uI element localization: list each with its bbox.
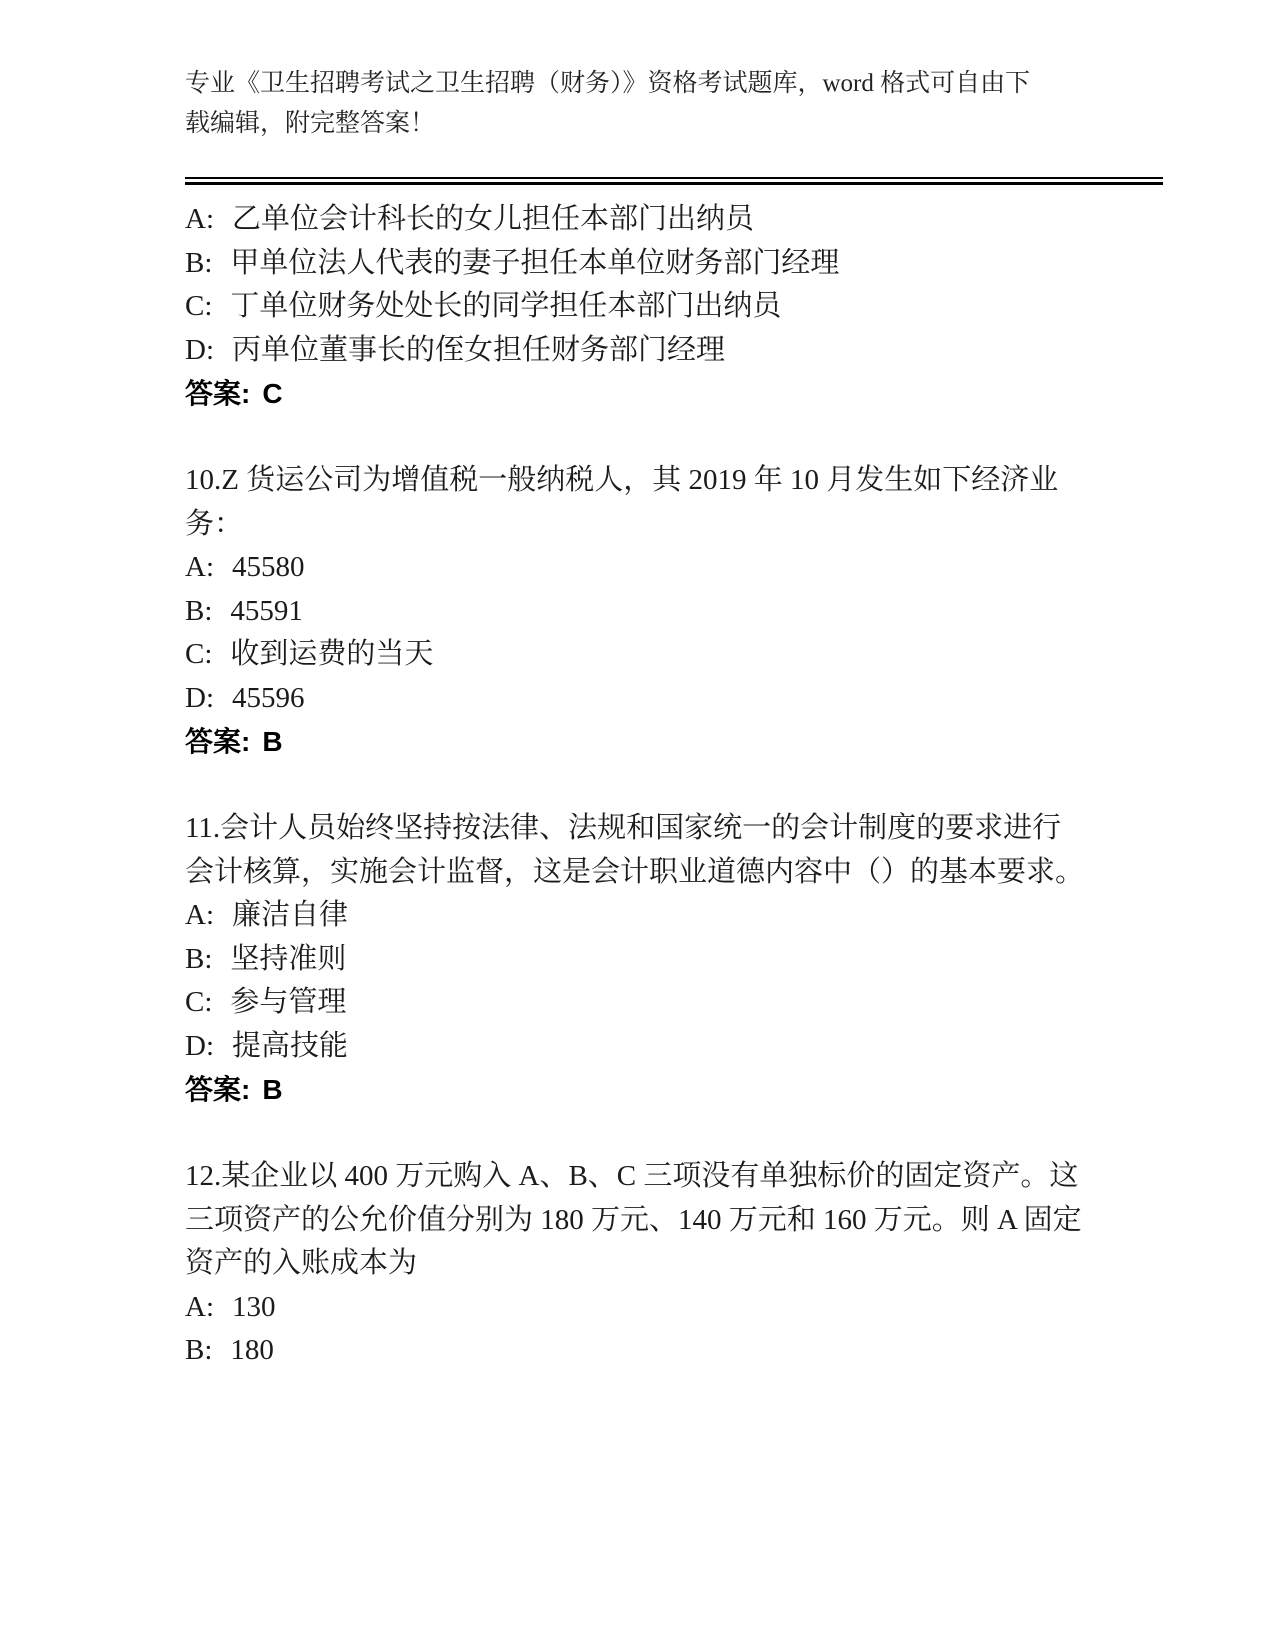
document-page: 专业《卫生招聘考试之卫生招聘（财务）》资格考试题库，word 格式可自由下载编辑…: [0, 0, 1275, 1650]
header-note: 专业《卫生招聘考试之卫生招聘（财务）》资格考试题库，word 格式可自由下载编辑…: [185, 64, 1045, 144]
option-a: A:乙单位会计科长的女儿担任本部门出纳员: [185, 198, 1163, 242]
option-c: C:参与管理: [185, 981, 1163, 1025]
option-label: A:: [185, 899, 214, 931]
option-text: 130: [232, 1291, 276, 1323]
question-text: 10.Z 货运公司为增值税一般纳税人，其 2019 年 10 月发生如下经济业务…: [185, 459, 1090, 546]
question-block-9-options: A:乙单位会计科长的女儿担任本部门出纳员 B:甲单位法人代表的妻子担任本单位财务…: [185, 198, 1163, 416]
option-b: B:甲单位法人代表的妻子担任本单位财务部门经理: [185, 242, 1163, 286]
option-text: 45591: [230, 595, 303, 627]
option-a: A:廉洁自律: [185, 894, 1163, 938]
option-label: B:: [185, 595, 212, 627]
option-text: 丙单位董事长的侄女担任财务部门经理: [232, 334, 725, 366]
option-b: B:180: [185, 1329, 1163, 1373]
page-header: 专业《卫生招聘考试之卫生招聘（财务）》资格考试题库，word 格式可自由下载编辑…: [185, 64, 1163, 185]
question-block-12: 12.某企业以 400 万元购入 A、B、C 三项没有单独标价的固定资产。这三项…: [185, 1155, 1163, 1373]
option-text: 收到运费的当天: [230, 638, 433, 670]
option-text: 坚持准则: [230, 943, 346, 975]
option-text: 丁单位财务处处长的同学担任本部门出纳员: [230, 290, 781, 322]
option-label: D:: [185, 334, 214, 366]
header-rule: [185, 177, 1163, 185]
option-b: B:45591: [185, 590, 1163, 634]
option-label: A:: [185, 203, 214, 235]
option-text: 45596: [232, 682, 305, 714]
option-text: 参与管理: [230, 986, 346, 1018]
option-text: 180: [230, 1334, 274, 1366]
option-d: D:丙单位董事长的侄女担任财务部门经理: [185, 329, 1163, 373]
answer-label: 答案:: [185, 378, 250, 409]
option-d: D:45596: [185, 677, 1163, 721]
option-label: C:: [185, 986, 212, 1018]
option-label: A:: [185, 551, 214, 583]
question-text: 12.某企业以 400 万元购入 A、B、C 三项没有单独标价的固定资产。这三项…: [185, 1155, 1090, 1286]
option-label: C:: [185, 638, 212, 670]
option-label: D:: [185, 1030, 214, 1062]
option-label: B:: [185, 1334, 212, 1366]
option-label: B:: [185, 943, 212, 975]
option-text: 45580: [232, 551, 305, 583]
answer-line: 答案:B: [185, 1068, 1163, 1112]
option-label: B:: [185, 247, 212, 279]
option-c: C:收到运费的当天: [185, 633, 1163, 677]
option-label: A:: [185, 1291, 214, 1323]
option-a: A:45580: [185, 546, 1163, 590]
document-body: A:乙单位会计科长的女儿担任本部门出纳员 B:甲单位法人代表的妻子担任本单位财务…: [185, 198, 1163, 1373]
answer-value: B: [262, 726, 282, 757]
answer-label: 答案:: [185, 1074, 250, 1105]
option-b: B:坚持准则: [185, 938, 1163, 982]
question-block-11: 11.会计人员始终坚持按法律、法规和国家统一的会计制度的要求进行会计核算，实施会…: [185, 807, 1163, 1112]
question-text: 11.会计人员始终坚持按法律、法规和国家统一的会计制度的要求进行会计核算，实施会…: [185, 807, 1090, 894]
option-label: D:: [185, 682, 214, 714]
option-c: C:丁单位财务处处长的同学担任本部门出纳员: [185, 285, 1163, 329]
option-d: D:提高技能: [185, 1025, 1163, 1069]
answer-line: 答案:C: [185, 372, 1163, 416]
option-a: A:130: [185, 1286, 1163, 1330]
answer-line: 答案:B: [185, 720, 1163, 764]
answer-value: C: [262, 378, 282, 409]
option-text: 提高技能: [232, 1030, 348, 1062]
option-label: C:: [185, 290, 212, 322]
option-text: 廉洁自律: [232, 899, 348, 931]
question-block-10: 10.Z 货运公司为增值税一般纳税人，其 2019 年 10 月发生如下经济业务…: [185, 459, 1163, 764]
option-text: 乙单位会计科长的女儿担任本部门出纳员: [232, 203, 754, 235]
answer-value: B: [262, 1074, 282, 1105]
option-text: 甲单位法人代表的妻子担任本单位财务部门经理: [230, 247, 839, 279]
answer-label: 答案:: [185, 726, 250, 757]
